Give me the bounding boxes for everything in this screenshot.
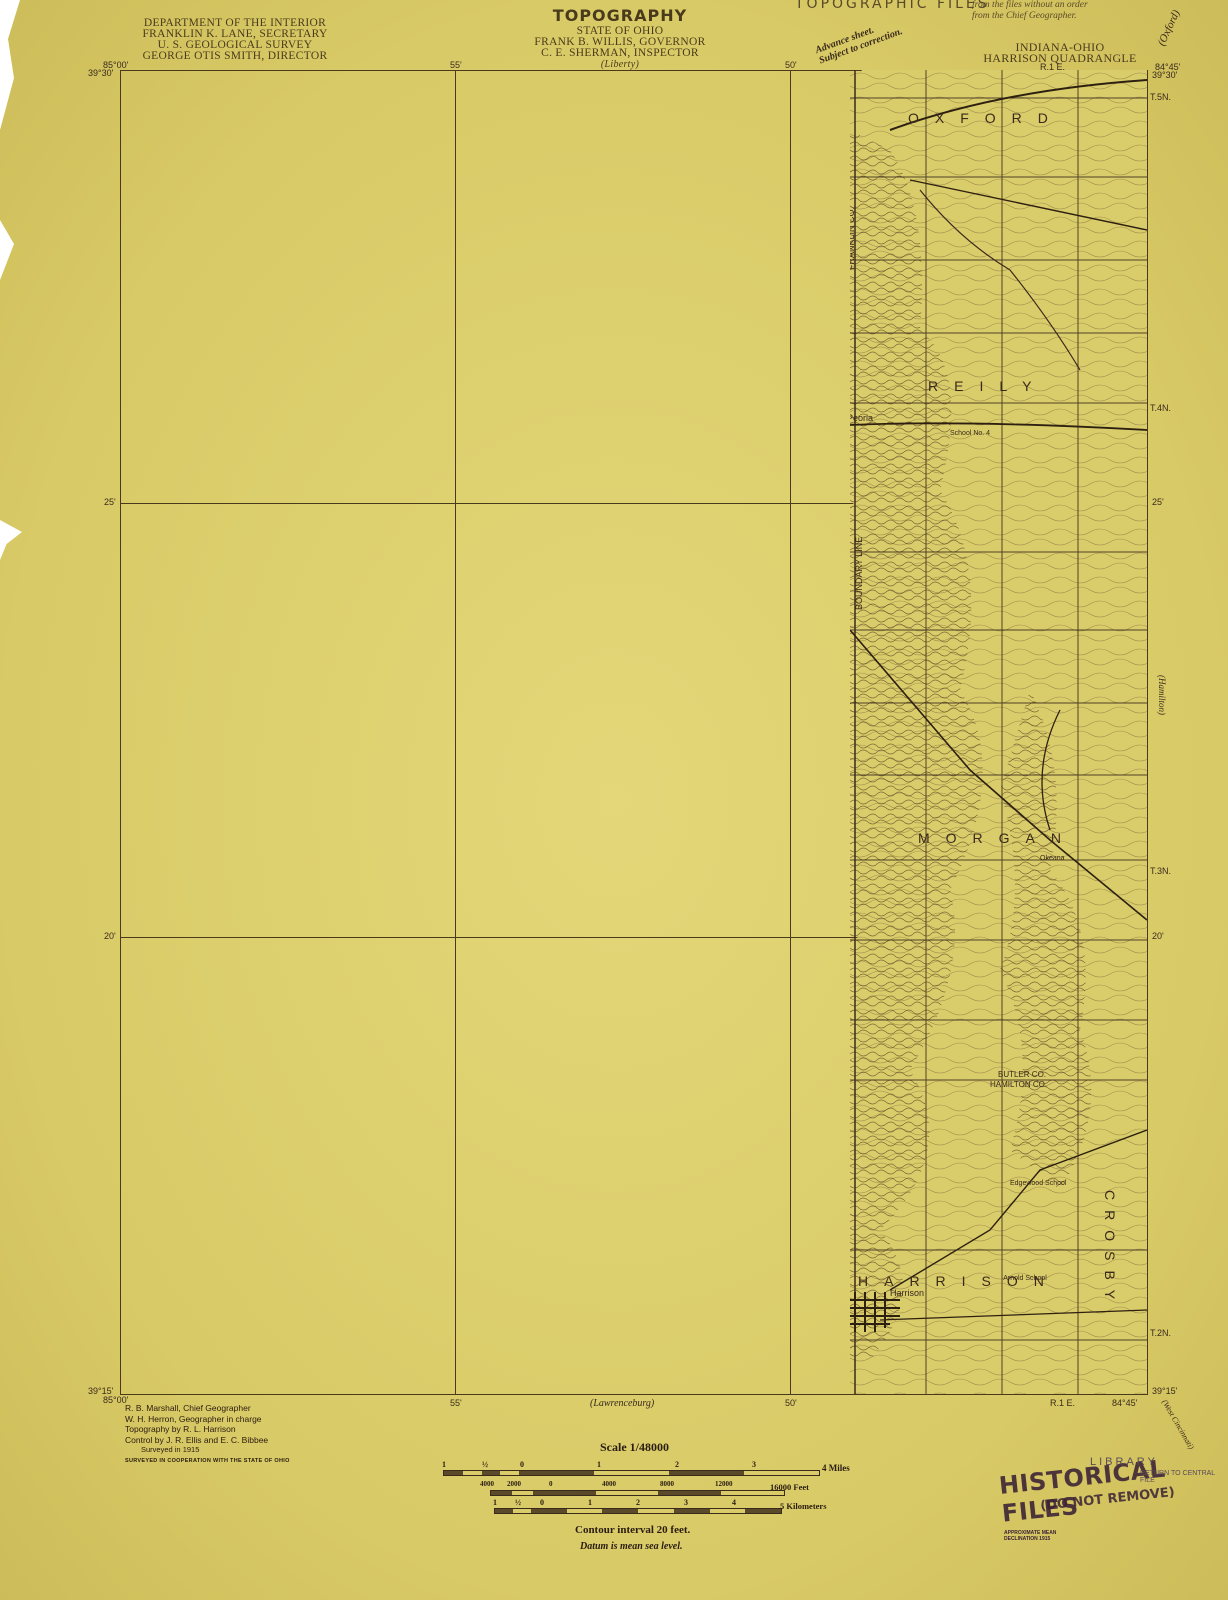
feet-label: 16000 Feet — [770, 1482, 809, 1492]
meridian-55 — [455, 70, 456, 1395]
place-arnold-school: Arnold School — [1000, 1275, 1050, 1282]
mapped-area: OXFORD REILY MORGAN HARRISON CROSBY Peor… — [850, 70, 1147, 1394]
township-t3n: T.3N. — [1150, 866, 1171, 876]
lon-tick-50-top: 50' — [785, 60, 797, 70]
survey-credits: R. B. Marshall, Chief Geographer W. H. H… — [125, 1403, 290, 1466]
km-label: 4 — [732, 1498, 736, 1507]
county-butler: BUTLER CO. — [998, 1070, 1046, 1079]
boundary-line-label: BOUNDARY LINE — [854, 537, 864, 610]
township-t5n: T.5N. — [1150, 92, 1171, 102]
feet-label: 12000 — [715, 1480, 733, 1488]
lat-tick-20-right: 20' — [1152, 931, 1164, 941]
miles-label: 3 — [752, 1460, 756, 1469]
adjacent-sheet-northeast: (Oxford) — [1156, 8, 1183, 48]
miles-label: 1 — [597, 1460, 601, 1469]
declination-note: APPROXIMATE MEAN DECLINATION 1915 — [1004, 1530, 1056, 1542]
map-sheet: TOPOGRAPHIC FILES from the files without… — [0, 0, 1228, 1600]
km-label: 1 — [588, 1498, 592, 1507]
feet-label: 2000 — [507, 1480, 521, 1488]
contour-interval: Contour interval 20 feet. — [575, 1524, 690, 1536]
return-to-central-file: RETURN TO CENTRAL FILE — [1140, 1470, 1228, 1484]
feet-label: 8000 — [660, 1480, 674, 1488]
datum-note: Datum is mean sea level. — [580, 1541, 683, 1552]
adjacent-sheet-north: (Liberty) — [520, 59, 720, 70]
township-label-morgan: MORGAN — [918, 830, 1077, 846]
lat-tick-25-right: 25' — [1152, 497, 1164, 507]
adjacent-sheet-south: (Lawrenceburg) — [590, 1398, 654, 1409]
township-label-reily: REILY — [928, 378, 1047, 394]
feet-label: 4000 — [602, 1480, 616, 1488]
meridian-50 — [790, 70, 791, 1395]
miles-label: 1 — [442, 1460, 446, 1469]
miles-scale-bar — [443, 1470, 820, 1476]
se-longitude: 84°45' — [1112, 1398, 1137, 1408]
nw-latitude: 39°30' — [88, 68, 113, 78]
map-title: TOPOGRAPHY — [520, 6, 720, 26]
se-latitude: 39°15' — [1152, 1386, 1177, 1396]
km-label: 2 — [636, 1498, 640, 1507]
paper-tear — [0, 520, 22, 560]
place-harrison: Harrison — [890, 1288, 924, 1298]
feet-scale-bar — [490, 1490, 785, 1496]
scale-title: Scale 1/48000 — [600, 1440, 669, 1455]
library-stamp: LIBRARY — [1090, 1456, 1158, 1468]
place-okeana: Okeana — [1040, 855, 1065, 862]
adjacent-sheet-southeast: (West Cincinnati) — [1160, 1398, 1196, 1451]
department-header: DEPARTMENT OF THE INTERIOR FRANKLIN K. L… — [110, 18, 360, 62]
km-label: ½ — [515, 1498, 521, 1507]
county-hamilton: HAMILTON CO. — [990, 1080, 1047, 1089]
advance-sheet-note: Advance sheet. Subject to correction. — [814, 16, 904, 67]
place-peoria: Peoria — [850, 413, 873, 423]
adjacent-sheet-east: (Hamilton) — [1157, 675, 1167, 715]
miles-label: 2 — [675, 1460, 679, 1469]
miles-label: ½ — [482, 1460, 488, 1469]
lon-tick-55-bottom: 55' — [450, 1398, 462, 1408]
lat-tick-20-left: 20' — [104, 931, 116, 941]
township-t4n: T.4N. — [1150, 403, 1171, 413]
topography-header: TOPOGRAPHY STATE OF OHIO FRANK B. WILLIS… — [520, 6, 720, 70]
place-school-4: School No. 4 — [950, 430, 990, 437]
feet-label: 4000 — [480, 1480, 494, 1488]
lon-tick-55-top: 55' — [450, 60, 462, 70]
km-label: 1 — [493, 1498, 497, 1507]
km-label: 5 Kilometers — [780, 1501, 827, 1511]
kilometers-scale-bar — [494, 1508, 782, 1514]
township-label-crosby: CROSBY — [1102, 1190, 1118, 1309]
miles-label: 0 — [520, 1460, 524, 1469]
paper-tear — [0, 220, 14, 280]
ne-latitude: 39°30' — [1152, 70, 1177, 80]
km-label: 0 — [540, 1498, 544, 1507]
lat-tick-25-left: 25' — [104, 497, 116, 507]
range-label-bottom: R.1 E. — [1050, 1398, 1075, 1408]
paper-tear — [0, 0, 20, 130]
km-label: 3 — [684, 1498, 688, 1507]
miles-label: 4 Miles — [822, 1463, 850, 1473]
township-label-oxford: OXFORD — [908, 110, 1064, 126]
place-edgewood-school: Edgewood School — [1010, 1180, 1070, 1187]
feet-label: 0 — [549, 1480, 553, 1488]
topographic-files-stamp: TOPOGRAPHIC FILES — [795, 0, 990, 12]
franklin-county-label: FRANKLIN CO. — [850, 207, 856, 270]
township-t2n: T.2N. — [1150, 1328, 1171, 1338]
files-note: from the files without an order from the… — [972, 0, 1088, 22]
lon-tick-50-bottom: 50' — [785, 1398, 797, 1408]
quadrangle-header: INDIANA-OHIO HARRISON QUADRANGLE — [950, 42, 1170, 64]
